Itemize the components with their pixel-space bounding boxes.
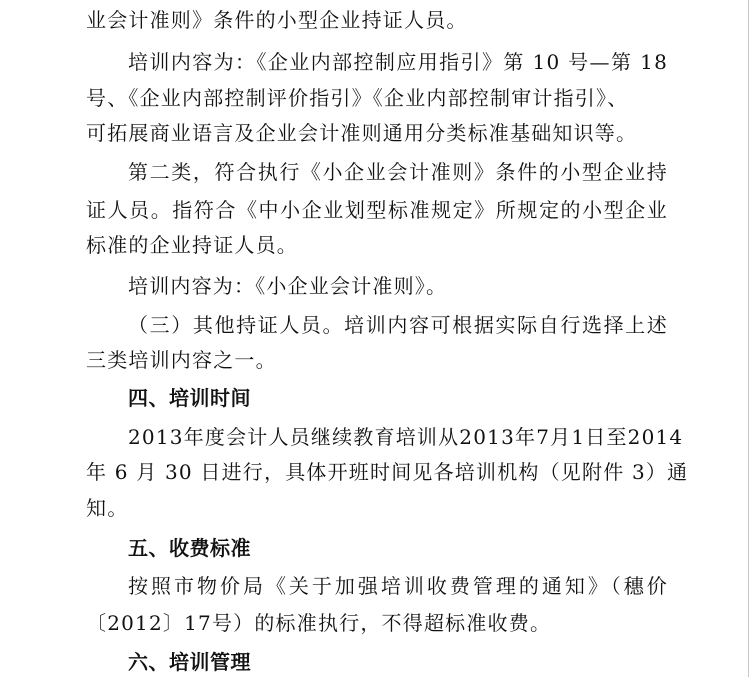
- paragraph-line: 〔2012〕17号）的标准执行，不得超标准收费。: [86, 611, 668, 635]
- paragraph-line: 可拓展商业语言及企业会计准则通用分类标准基础知识等。: [86, 121, 668, 145]
- paragraph-line: （三）其他持证人员。培训内容可根据实际自行选择上述: [128, 313, 668, 337]
- paragraph-line: 年 6 月 30 日进行，具体开班时间见各培训机构（见附件 3）通: [86, 460, 668, 484]
- paragraph-line: 证人员。指符合《中小企业划型标准规定》所规定的小型企业: [86, 198, 668, 222]
- paragraph-line: 知。: [86, 496, 668, 520]
- paragraph-line: 培训内容为：《小企业会计准则》。: [128, 274, 668, 298]
- paragraph-line: 标准的企业持证人员。: [86, 233, 668, 257]
- paragraph-line: 培训内容为：《企业内部控制应用指引》第 10 号—第 18: [128, 50, 668, 74]
- section-heading: 五、收费标准: [128, 536, 668, 560]
- paragraph-line: 按照市物价局《关于加强培训收费管理的通知》（穗价: [128, 574, 668, 598]
- paragraph-line: 第二类，符合执行《小企业会计准则》条件的小型企业持: [128, 160, 668, 184]
- paragraph-line: 号、《企业内部控制评价指引》《企业内部控制审计指引》、: [86, 86, 668, 110]
- page-right-border: [748, 0, 749, 677]
- section-heading: 六、培训管理: [128, 650, 668, 674]
- section-heading: 四、培训时间: [128, 386, 668, 410]
- paragraph-line: 业会计准则》条件的小型企业持证人员。: [86, 8, 668, 32]
- paragraph-line: 三类培训内容之一。: [86, 348, 668, 372]
- paragraph-line: 2013年度会计人员继续教育培训从2013年7月1日至2014: [128, 425, 668, 449]
